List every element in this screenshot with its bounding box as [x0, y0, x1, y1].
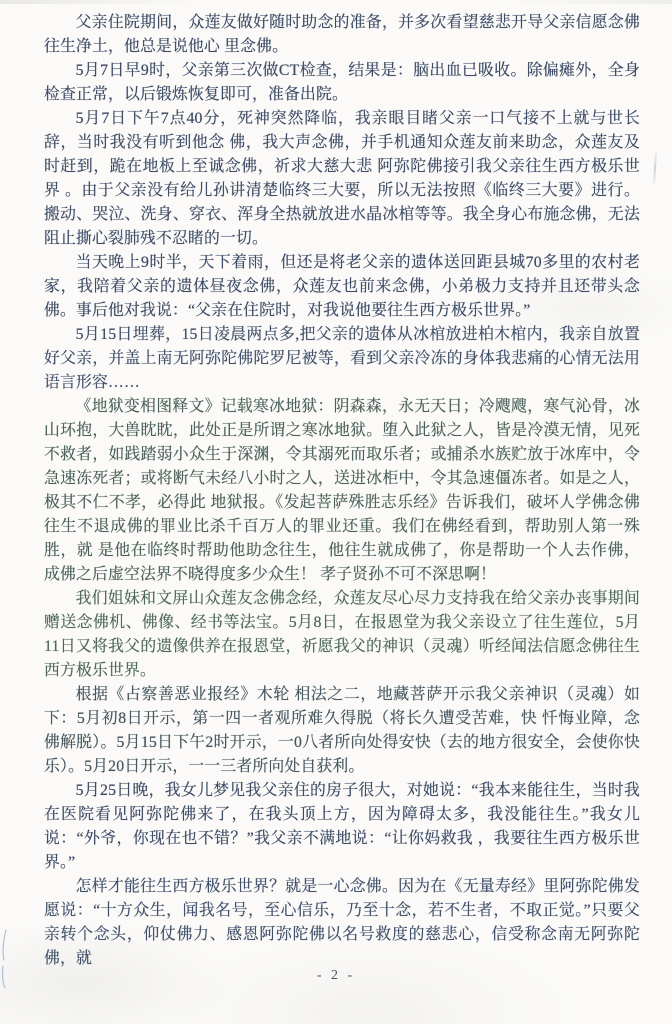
paragraph-9: 5月25日晚，我女儿梦见我父亲住的房子很大，对她说：“我本来能往生，当时我在医院… [44, 779, 640, 875]
paragraph-2: 5月7日早9时，父亲第三次做CT检查，结果是：脑出血已吸收。除偏瘫外，全身检查正… [44, 59, 640, 107]
scan-edge-noise [0, 0, 672, 4]
scanned-document-page: 父亲住院期间，众莲友做好随时助念的准备，并多次看望慈悲开导父亲信愿念佛往生净土，… [0, 0, 672, 1024]
paragraph-4: 当天晚上9时半，天下着雨，但还是将老父亲的遗体送回距县城70多里的农村老家，我陪… [44, 251, 640, 323]
page-number: - 2 - [0, 968, 672, 984]
paragraph-1: 父亲住院期间，众莲友做好随时助念的准备，并多次看望慈悲开导父亲信愿念佛往生净土，… [44, 11, 640, 59]
paragraph-8: 根据《占察善恶业报经》木轮 相法之二，地藏菩萨开示我父亲神识（灵魂）如下：5月初… [44, 683, 640, 779]
paragraph-10: 怎样才能往生西方极乐世界？就是一心念佛。因为在《无量寿经》里阿弥陀佛发愿说：“十… [44, 875, 640, 971]
paragraph-6: 《地狱变相图释文》记载寒冰地狱：阴森森，永无天日；冷飕飕，寒气沁骨，冰山环抱，大… [44, 395, 640, 587]
scan-scratch-artifact [653, 148, 658, 188]
paragraph-7: 我们姐妹和文屏山众莲友念佛念经，众莲友尽心尽力支持我在给父亲办丧事期间赠送念佛机… [44, 587, 640, 683]
paragraph-3: 5月7日下午7点40分，死神突然降临，我亲眼目睹父亲一口气接不上就与世长辞，当时… [44, 107, 640, 251]
document-body: 父亲住院期间，众莲友做好随时助念的准备，并多次看望慈悲开导父亲信愿念佛往生净土，… [44, 11, 640, 971]
paragraph-5: 5月15日埋葬，15日凌晨两点多,把父亲的遗体从冰棺放进柏木棺内，我亲自放置好父… [44, 323, 640, 395]
